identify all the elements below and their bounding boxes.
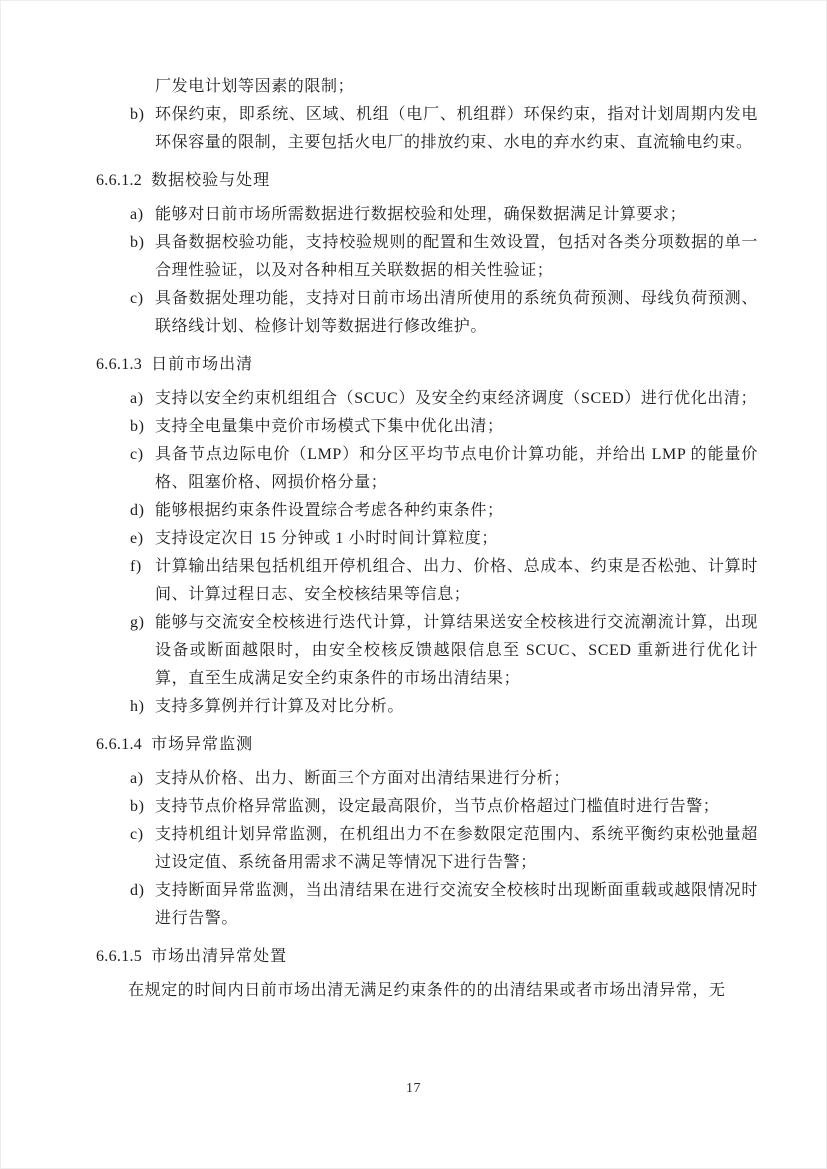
list-item-text: 具备数据处理功能，支持对日前市场出清所使用的系统负荷预测、母线负荷预测、联络线计… xyxy=(155,285,758,341)
list-item-text: 支持以安全约束机组组合（SCUC）及安全约束经济调度（SCED）进行优化出清； xyxy=(155,385,758,413)
list-item: d)支持断面异常监测，当出清结果在进行交流安全校核时出现断面重载或越限情况时进行… xyxy=(96,877,758,933)
section-title: 日前市场出清 xyxy=(151,351,253,379)
list-item: b)支持全电量集中竞价市场模式下集中优化出清； xyxy=(96,413,758,441)
list-item: e)支持设定次日 15 分钟或 1 小时时间计算粒度； xyxy=(96,525,758,553)
list-item: d)能够根据约束条件设置综合考虑各种约束条件； xyxy=(96,497,758,525)
list-item: f)计算输出结果包括机组开停机组合、出力、价格、总成本、约束是否松弛、计算时间、… xyxy=(96,553,758,609)
document-content: 厂发电计划等因素的限制；b)环保约束，即系统、区域、机组（电厂、机组群）环保约束… xyxy=(96,73,758,1005)
section-heading: 6.6.1.5市场出清异常处置 xyxy=(96,943,758,971)
list-item-label: b) xyxy=(130,793,155,821)
item-list-6.6.1.4: a)支持从价格、出力、断面三个方面对出清结果进行分析；b)支持节点价格异常监测，… xyxy=(96,765,758,933)
list-item-label: d) xyxy=(130,497,155,525)
list-item-label: f) xyxy=(130,553,155,581)
section-heading: 6.6.1.4市场异常监测 xyxy=(96,731,758,759)
list-item-text: 具备节点边际电价（LMP）和分区平均节点电价计算功能，并给出 LMP 的能量价格… xyxy=(155,441,758,497)
list-item-text: 具备数据校验功能，支持校验规则的配置和生效设置，包括对各类分项数据的单一合理性验… xyxy=(155,229,758,285)
list-item-label: a) xyxy=(130,201,155,229)
list-item-text: 支持从价格、出力、断面三个方面对出清结果进行分析； xyxy=(155,765,758,793)
list-item-text: 支持多算例并行计算及对比分析。 xyxy=(155,693,758,721)
list-item-label: a) xyxy=(130,385,155,413)
section-number: 6.6.1.2 xyxy=(96,167,142,195)
list-item-label: g) xyxy=(130,609,155,637)
list-item: a)支持从价格、出力、断面三个方面对出清结果进行分析； xyxy=(96,765,758,793)
list-item-label: b) xyxy=(130,413,155,441)
section-title: 市场出清异常处置 xyxy=(151,943,287,971)
list-item-label: a) xyxy=(130,765,155,793)
list-item: g)能够与交流安全校核进行迭代计算，计算结果送安全校核进行交流潮流计算，出现设备… xyxy=(96,609,758,693)
list-item-text: 能够根据约束条件设置综合考虑各种约束条件； xyxy=(155,497,758,525)
list-item: b)具备数据校验功能，支持校验规则的配置和生效设置，包括对各类分项数据的单一合理… xyxy=(96,229,758,285)
section-title: 数据校验与处理 xyxy=(151,167,270,195)
section-heading: 6.6.1.2数据校验与处理 xyxy=(96,167,758,195)
list-item-text: 计算输出结果包括机组开停机组合、出力、价格、总成本、约束是否松弛、计算时间、计算… xyxy=(155,553,758,609)
section-title: 市场异常监测 xyxy=(151,731,253,759)
list-item-text: 环保约束，即系统、区域、机组（电厂、机组群）环保约束，指对计划周期内发电环保容量… xyxy=(155,101,758,157)
page-number: 17 xyxy=(1,1081,826,1097)
list-item-label: h) xyxy=(130,693,155,721)
list-item: h)支持多算例并行计算及对比分析。 xyxy=(96,693,758,721)
list-item-text: 能够与交流安全校核进行迭代计算，计算结果送安全校核进行交流潮流计算，出现设备或断… xyxy=(155,609,758,693)
list-item-text: 能够对日前市场所需数据进行数据校验和处理，确保数据满足计算要求； xyxy=(155,201,758,229)
list-item-text: 支持设定次日 15 分钟或 1 小时时间计算粒度； xyxy=(155,525,758,553)
section-number: 6.6.1.5 xyxy=(96,943,142,971)
item-list-6.6.1.2: a)能够对日前市场所需数据进行数据校验和处理，确保数据满足计算要求；b)具备数据… xyxy=(96,201,758,341)
list-item: c)具备节点边际电价（LMP）和分区平均节点电价计算功能，并给出 LMP 的能量… xyxy=(96,441,758,497)
document-page: 厂发电计划等因素的限制；b)环保约束，即系统、区域、机组（电厂、机组群）环保约束… xyxy=(0,0,827,1169)
list-item-text: 支持节点价格异常监测，设定最高限价，当节点价格超过门槛值时进行告警； xyxy=(155,793,758,821)
section-paragraph: 在规定的时间内日前市场出清无满足约束条件的的出清结果或者市场出清异常，无 xyxy=(96,977,758,1005)
list-item: c)具备数据处理功能，支持对日前市场出清所使用的系统负荷预测、母线负荷预测、联络… xyxy=(96,285,758,341)
list-item: 厂发电计划等因素的限制； xyxy=(96,73,758,101)
list-item-label: b) xyxy=(130,101,155,129)
list-item-label: d) xyxy=(130,877,155,905)
section-number: 6.6.1.3 xyxy=(96,351,142,379)
list-item-label: c) xyxy=(130,441,155,469)
item-list-6.6.1.3: a)支持以安全约束机组组合（SCUC）及安全约束经济调度（SCED）进行优化出清… xyxy=(96,385,758,721)
list-item-text: 厂发电计划等因素的限制； xyxy=(155,73,758,101)
list-item: a)能够对日前市场所需数据进行数据校验和处理，确保数据满足计算要求； xyxy=(96,201,758,229)
item-list-intro: 厂发电计划等因素的限制；b)环保约束，即系统、区域、机组（电厂、机组群）环保约束… xyxy=(96,73,758,157)
list-item-text: 支持机组计划异常监测，在机组出力不在参数限定范围内、系统平衡约束松弛量超过设定值… xyxy=(155,821,758,877)
list-item-label: c) xyxy=(130,821,155,849)
section-number: 6.6.1.4 xyxy=(96,731,142,759)
list-item-label: c) xyxy=(130,285,155,313)
section-heading: 6.6.1.3日前市场出清 xyxy=(96,351,758,379)
list-item-text: 支持全电量集中竞价市场模式下集中优化出清； xyxy=(155,413,758,441)
list-item: b)环保约束，即系统、区域、机组（电厂、机组群）环保约束，指对计划周期内发电环保… xyxy=(96,101,758,157)
list-item: b)支持节点价格异常监测，设定最高限价，当节点价格超过门槛值时进行告警； xyxy=(96,793,758,821)
list-item-label: b) xyxy=(130,229,155,257)
list-item: a)支持以安全约束机组组合（SCUC）及安全约束经济调度（SCED）进行优化出清… xyxy=(96,385,758,413)
list-item-text: 支持断面异常监测，当出清结果在进行交流安全校核时出现断面重载或越限情况时进行告警… xyxy=(155,877,758,933)
list-item-label: e) xyxy=(130,525,155,553)
list-item: c)支持机组计划异常监测，在机组出力不在参数限定范围内、系统平衡约束松弛量超过设… xyxy=(96,821,758,877)
